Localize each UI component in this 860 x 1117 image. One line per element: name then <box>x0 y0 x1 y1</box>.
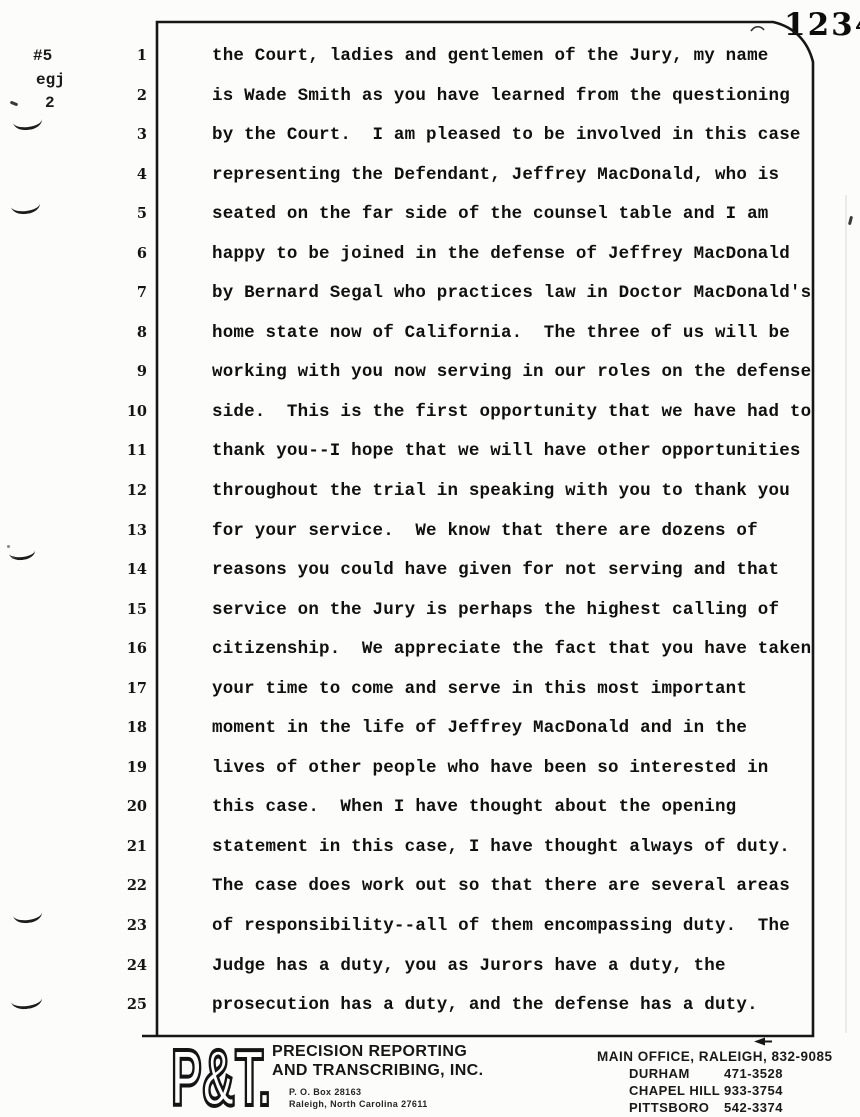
transcript-line: 3by the Court. I am pleased to be involv… <box>0 123 860 163</box>
line-text: for your service. We know that there are… <box>212 519 758 542</box>
line-number: 10 <box>0 400 147 421</box>
company-address: P. O. Box 28163 Raleigh, North Carolina … <box>289 1087 428 1110</box>
line-number: 19 <box>0 756 147 777</box>
transcript-lines: 1the Court, ladies and gentlemen of the … <box>0 44 860 1033</box>
transcript-line: 1the Court, ladies and gentlemen of the … <box>0 44 860 84</box>
ink-speck <box>12 556 15 559</box>
transcript-line: 6happy to be joined in the defense of Je… <box>0 242 860 282</box>
line-text: home state now of California. The three … <box>212 321 790 344</box>
company-line: AND TRANSCRIBING, INC. <box>272 1062 483 1081</box>
transcript-line: 7by Bernard Segal who practices law in D… <box>0 281 860 321</box>
company-line: PRECISION REPORTING <box>272 1043 483 1062</box>
line-number: 6 <box>0 242 147 263</box>
line-number: 1 <box>0 44 147 65</box>
line-text: lives of other people who have been so i… <box>212 756 769 779</box>
transcript-line: 16citizenship. We appreciate the fact th… <box>0 637 860 677</box>
office-phone-row: PITTSBORO542-3374 <box>629 1100 783 1117</box>
ink-speck <box>7 545 10 548</box>
transcript-line: 9working with you now serving in our rol… <box>0 360 860 400</box>
transcript-line: 24Judge has a duty, you as Jurors have a… <box>0 954 860 994</box>
line-number: 15 <box>0 598 147 619</box>
transcript-line: 2is Wade Smith as you have learned from … <box>0 84 860 124</box>
office-phone-row: CHAPEL HILL933-3754 <box>629 1083 783 1100</box>
line-number: 24 <box>0 954 147 975</box>
line-number: 12 <box>0 479 147 500</box>
office-name: PITTSBORO <box>629 1100 724 1117</box>
transcript-line: 13for your service. We know that there a… <box>0 519 860 559</box>
line-text: service on the Jury is perhaps the highe… <box>212 598 779 621</box>
line-text: representing the Defendant, Jeffrey MacD… <box>212 163 779 186</box>
line-text: your time to come and serve in this most… <box>212 677 747 700</box>
scan-crease <box>845 195 847 1033</box>
line-text: happy to be joined in the defense of Jef… <box>212 242 790 265</box>
office-phone-row: DURHAM471-3528 <box>629 1066 783 1083</box>
line-number: 17 <box>0 677 147 698</box>
transcript-page: #5 egj 2 1234 1the Court, ladies and gen… <box>0 0 860 1117</box>
line-text: The case does work out so that there are… <box>212 874 790 897</box>
line-text: throughout the trial in speaking with yo… <box>212 479 790 502</box>
office-name: DURHAM <box>629 1066 724 1083</box>
arrow-mark <box>754 1038 772 1046</box>
transcript-line: 18moment in the life of Jeffrey MacDonal… <box>0 716 860 756</box>
office-phone: 933-3754 <box>724 1083 783 1100</box>
transcript-line: 4representing the Defendant, Jeffrey Mac… <box>0 163 860 203</box>
line-number: 16 <box>0 637 147 658</box>
main-office-line: MAIN OFFICE, RALEIGH, 832-9085 <box>597 1049 833 1064</box>
transcript-line: 22The case does work out so that there a… <box>0 874 860 914</box>
pt-logo-text: P&T. <box>171 1042 271 1117</box>
address-line: Raleigh, North Carolina 27611 <box>289 1099 428 1111</box>
line-number: 9 <box>0 360 147 381</box>
office-phone-list: DURHAM471-3528 CHAPEL HILL933-3754 PITTS… <box>629 1066 783 1116</box>
office-phone: 542-3374 <box>724 1100 783 1117</box>
line-text: statement in this case, I have thought a… <box>212 835 790 858</box>
line-text: working with you now serving in our role… <box>212 360 811 383</box>
transcript-line: 11thank you--I hope that we will have ot… <box>0 439 860 479</box>
line-text: Judge has a duty, you as Jurors have a d… <box>212 954 726 977</box>
transcript-line: 5seated on the far side of the counsel t… <box>0 202 860 242</box>
line-number: 7 <box>0 281 147 302</box>
transcript-line: 8home state now of California. The three… <box>0 321 860 361</box>
transcript-line: 19lives of other people who have been so… <box>0 756 860 796</box>
transcript-line: 20this case. When I have thought about t… <box>0 795 860 835</box>
line-text: seated on the far side of the counsel ta… <box>212 202 769 225</box>
line-number: 21 <box>0 835 147 856</box>
line-number: 20 <box>0 795 147 816</box>
transcript-line: 17your time to come and serve in this mo… <box>0 677 860 717</box>
office-name: CHAPEL HILL <box>629 1083 724 1100</box>
line-text: reasons you could have given for not ser… <box>212 558 779 581</box>
line-number: 11 <box>0 439 147 460</box>
line-text: by the Court. I am pleased to be involve… <box>212 123 801 146</box>
line-text: prosecution has a duty, and the defense … <box>212 993 758 1016</box>
line-number: 2 <box>0 84 147 105</box>
line-number: 13 <box>0 519 147 540</box>
line-text: citizenship. We appreciate the fact that… <box>212 637 811 660</box>
transcript-line: 15service on the Jury is perhaps the hig… <box>0 598 860 638</box>
transcript-line: 10side. This is the first opportunity th… <box>0 400 860 440</box>
line-text: of responsibility--all of them encompass… <box>212 914 790 937</box>
transcript-line: 23of responsibility--all of them encompa… <box>0 914 860 954</box>
line-text: is Wade Smith as you have learned from t… <box>212 84 790 107</box>
transcript-line: 25prosecution has a duty, and the defens… <box>0 993 860 1033</box>
line-number: 18 <box>0 716 147 737</box>
transcript-line: 14reasons you could have given for not s… <box>0 558 860 598</box>
line-text: thank you--I hope that we will have othe… <box>212 439 801 462</box>
address-line: P. O. Box 28163 <box>289 1087 428 1099</box>
pt-logo: P&T. <box>168 1042 276 1117</box>
line-text: side. This is the first opportunity that… <box>212 400 811 423</box>
company-name: PRECISION REPORTING AND TRANSCRIBING, IN… <box>272 1043 483 1080</box>
transcript-line: 12throughout the trial in speaking with … <box>0 479 860 519</box>
line-number: 8 <box>0 321 147 342</box>
line-text: the Court, ladies and gentlemen of the J… <box>212 44 769 67</box>
pen-tick <box>751 27 764 31</box>
line-number: 14 <box>0 558 147 579</box>
office-phone: 471-3528 <box>724 1066 783 1083</box>
line-text: by Bernard Segal who practices law in Do… <box>212 281 811 304</box>
line-text: this case. When I have thought about the… <box>212 795 736 818</box>
line-number: 4 <box>0 163 147 184</box>
line-number: 22 <box>0 874 147 895</box>
line-text: moment in the life of Jeffrey MacDonald … <box>212 716 747 739</box>
transcript-line: 21statement in this case, I have thought… <box>0 835 860 875</box>
